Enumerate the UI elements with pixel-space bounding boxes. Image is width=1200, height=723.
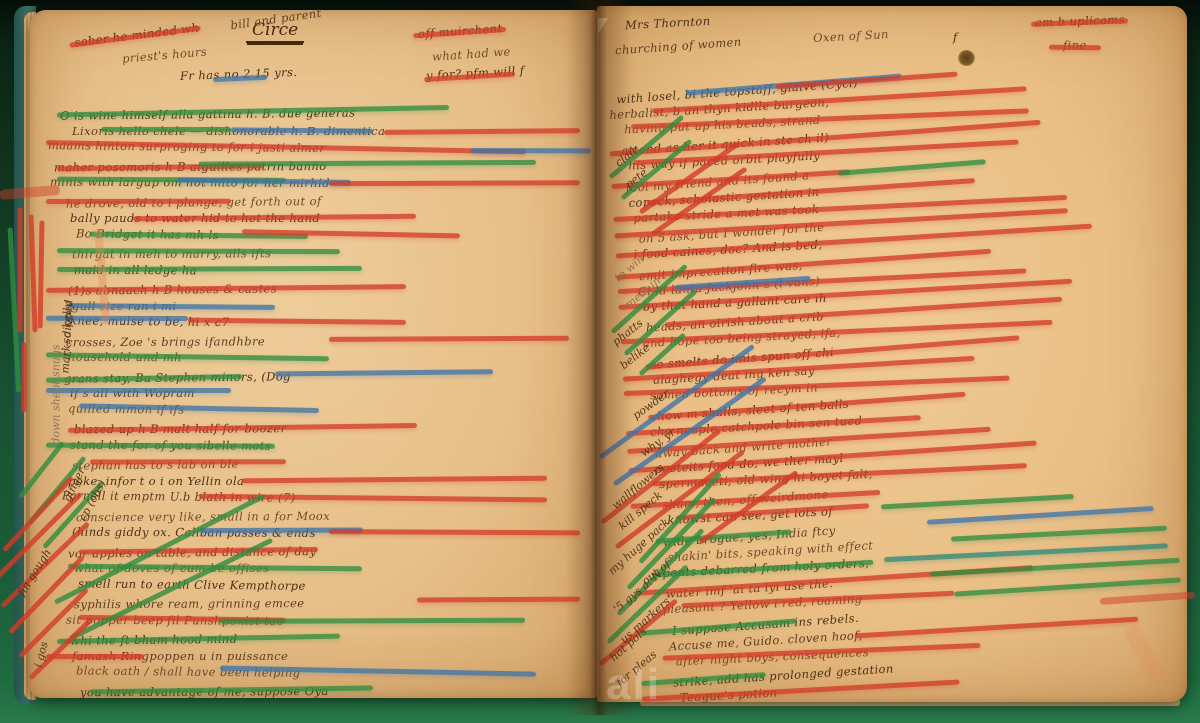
crayon-strike-g bbox=[199, 159, 537, 166]
manuscript-line: syphilis whore ream, grinning emcee bbox=[46, 591, 591, 611]
manuscript-photo: Circe sober he minded whbill and parentp… bbox=[0, 0, 1200, 723]
header-scrawl: what had we bbox=[432, 44, 512, 63]
crayon-strike-r bbox=[329, 180, 580, 186]
crayon-strike-r bbox=[329, 529, 580, 535]
crayon-strike-b bbox=[275, 369, 493, 376]
header-scrawl: priest's hours bbox=[122, 44, 208, 66]
crayon-strike-g bbox=[57, 248, 340, 254]
crayon-strike-r bbox=[46, 198, 231, 203]
handwriting-text: what had we bbox=[432, 44, 512, 63]
right-page-body: with losel, bi the topstaff, glaive (Cyc… bbox=[606, 53, 1200, 708]
header-scrawl: y for? pfm will f bbox=[426, 63, 525, 82]
left-page-body: O is wine himself alla gattina h. B. due… bbox=[46, 102, 591, 697]
crayon-strike-r bbox=[417, 597, 581, 603]
crayon-strike-b bbox=[231, 127, 373, 133]
right-page: Mrs Thorntonchurching of womenOxen of Su… bbox=[597, 6, 1187, 702]
handwriting-text: Mrs Thornton bbox=[625, 14, 711, 32]
left-page: Circe sober he minded whbill and parentp… bbox=[30, 10, 597, 698]
manuscript-line: blazed up h B malt half for boozer bbox=[46, 416, 591, 436]
crayon-strike-r bbox=[1049, 45, 1101, 50]
crayon-strike-b bbox=[213, 75, 267, 82]
crayon-strike-g bbox=[101, 127, 232, 132]
page-fold-notch bbox=[598, 18, 608, 34]
header-scrawl: fine bbox=[1063, 38, 1087, 52]
header-scrawl: Fr has no 2 15 yrs. bbox=[180, 65, 298, 83]
crayon-strike-g bbox=[46, 442, 275, 448]
handwriting-text: Oxen of Sun bbox=[813, 27, 889, 45]
header-scrawl: Oxen of Sun bbox=[813, 24, 890, 46]
header-scrawl: churching of women bbox=[615, 35, 742, 58]
header-scrawl: off muirchent bbox=[418, 21, 503, 42]
crayon-strike-b bbox=[471, 148, 591, 153]
handwriting-text: priest's hours bbox=[122, 44, 208, 65]
crayon-strike-r bbox=[329, 335, 569, 341]
crayon-strike-g bbox=[57, 265, 362, 271]
crayon-strike-r bbox=[46, 654, 144, 659]
manuscript-line: thirgat in meh to marry, alls ifts bbox=[46, 241, 591, 261]
crayon-strike-r bbox=[90, 459, 286, 464]
handwriting-text: f bbox=[953, 30, 958, 44]
watermark: ali bbox=[606, 660, 661, 710]
crayon-strike-r bbox=[384, 128, 580, 135]
handwriting-text: smell run to earth Clive Kempthorpe bbox=[78, 576, 306, 592]
manuscript-line: if s all with Wopram bbox=[46, 382, 591, 400]
crayon-strike-r bbox=[242, 475, 547, 483]
manuscript-line: you have advantage of me, suppose Oya bbox=[46, 678, 591, 698]
manuscript-line: bally pauds to water hid to hot the hand bbox=[46, 207, 591, 225]
crayon-strike-b bbox=[46, 388, 231, 393]
manuscript-line: what of doves of cum be offises bbox=[46, 557, 591, 575]
header-scrawl: f bbox=[953, 30, 958, 45]
header-scrawl: am b uplicams bbox=[1035, 12, 1125, 29]
handwriting-text: churching of women bbox=[615, 35, 742, 58]
header-scrawl: Mrs Thornton bbox=[625, 14, 711, 32]
crayon-strike-g bbox=[220, 617, 525, 623]
crayon-strike-b bbox=[46, 316, 188, 321]
